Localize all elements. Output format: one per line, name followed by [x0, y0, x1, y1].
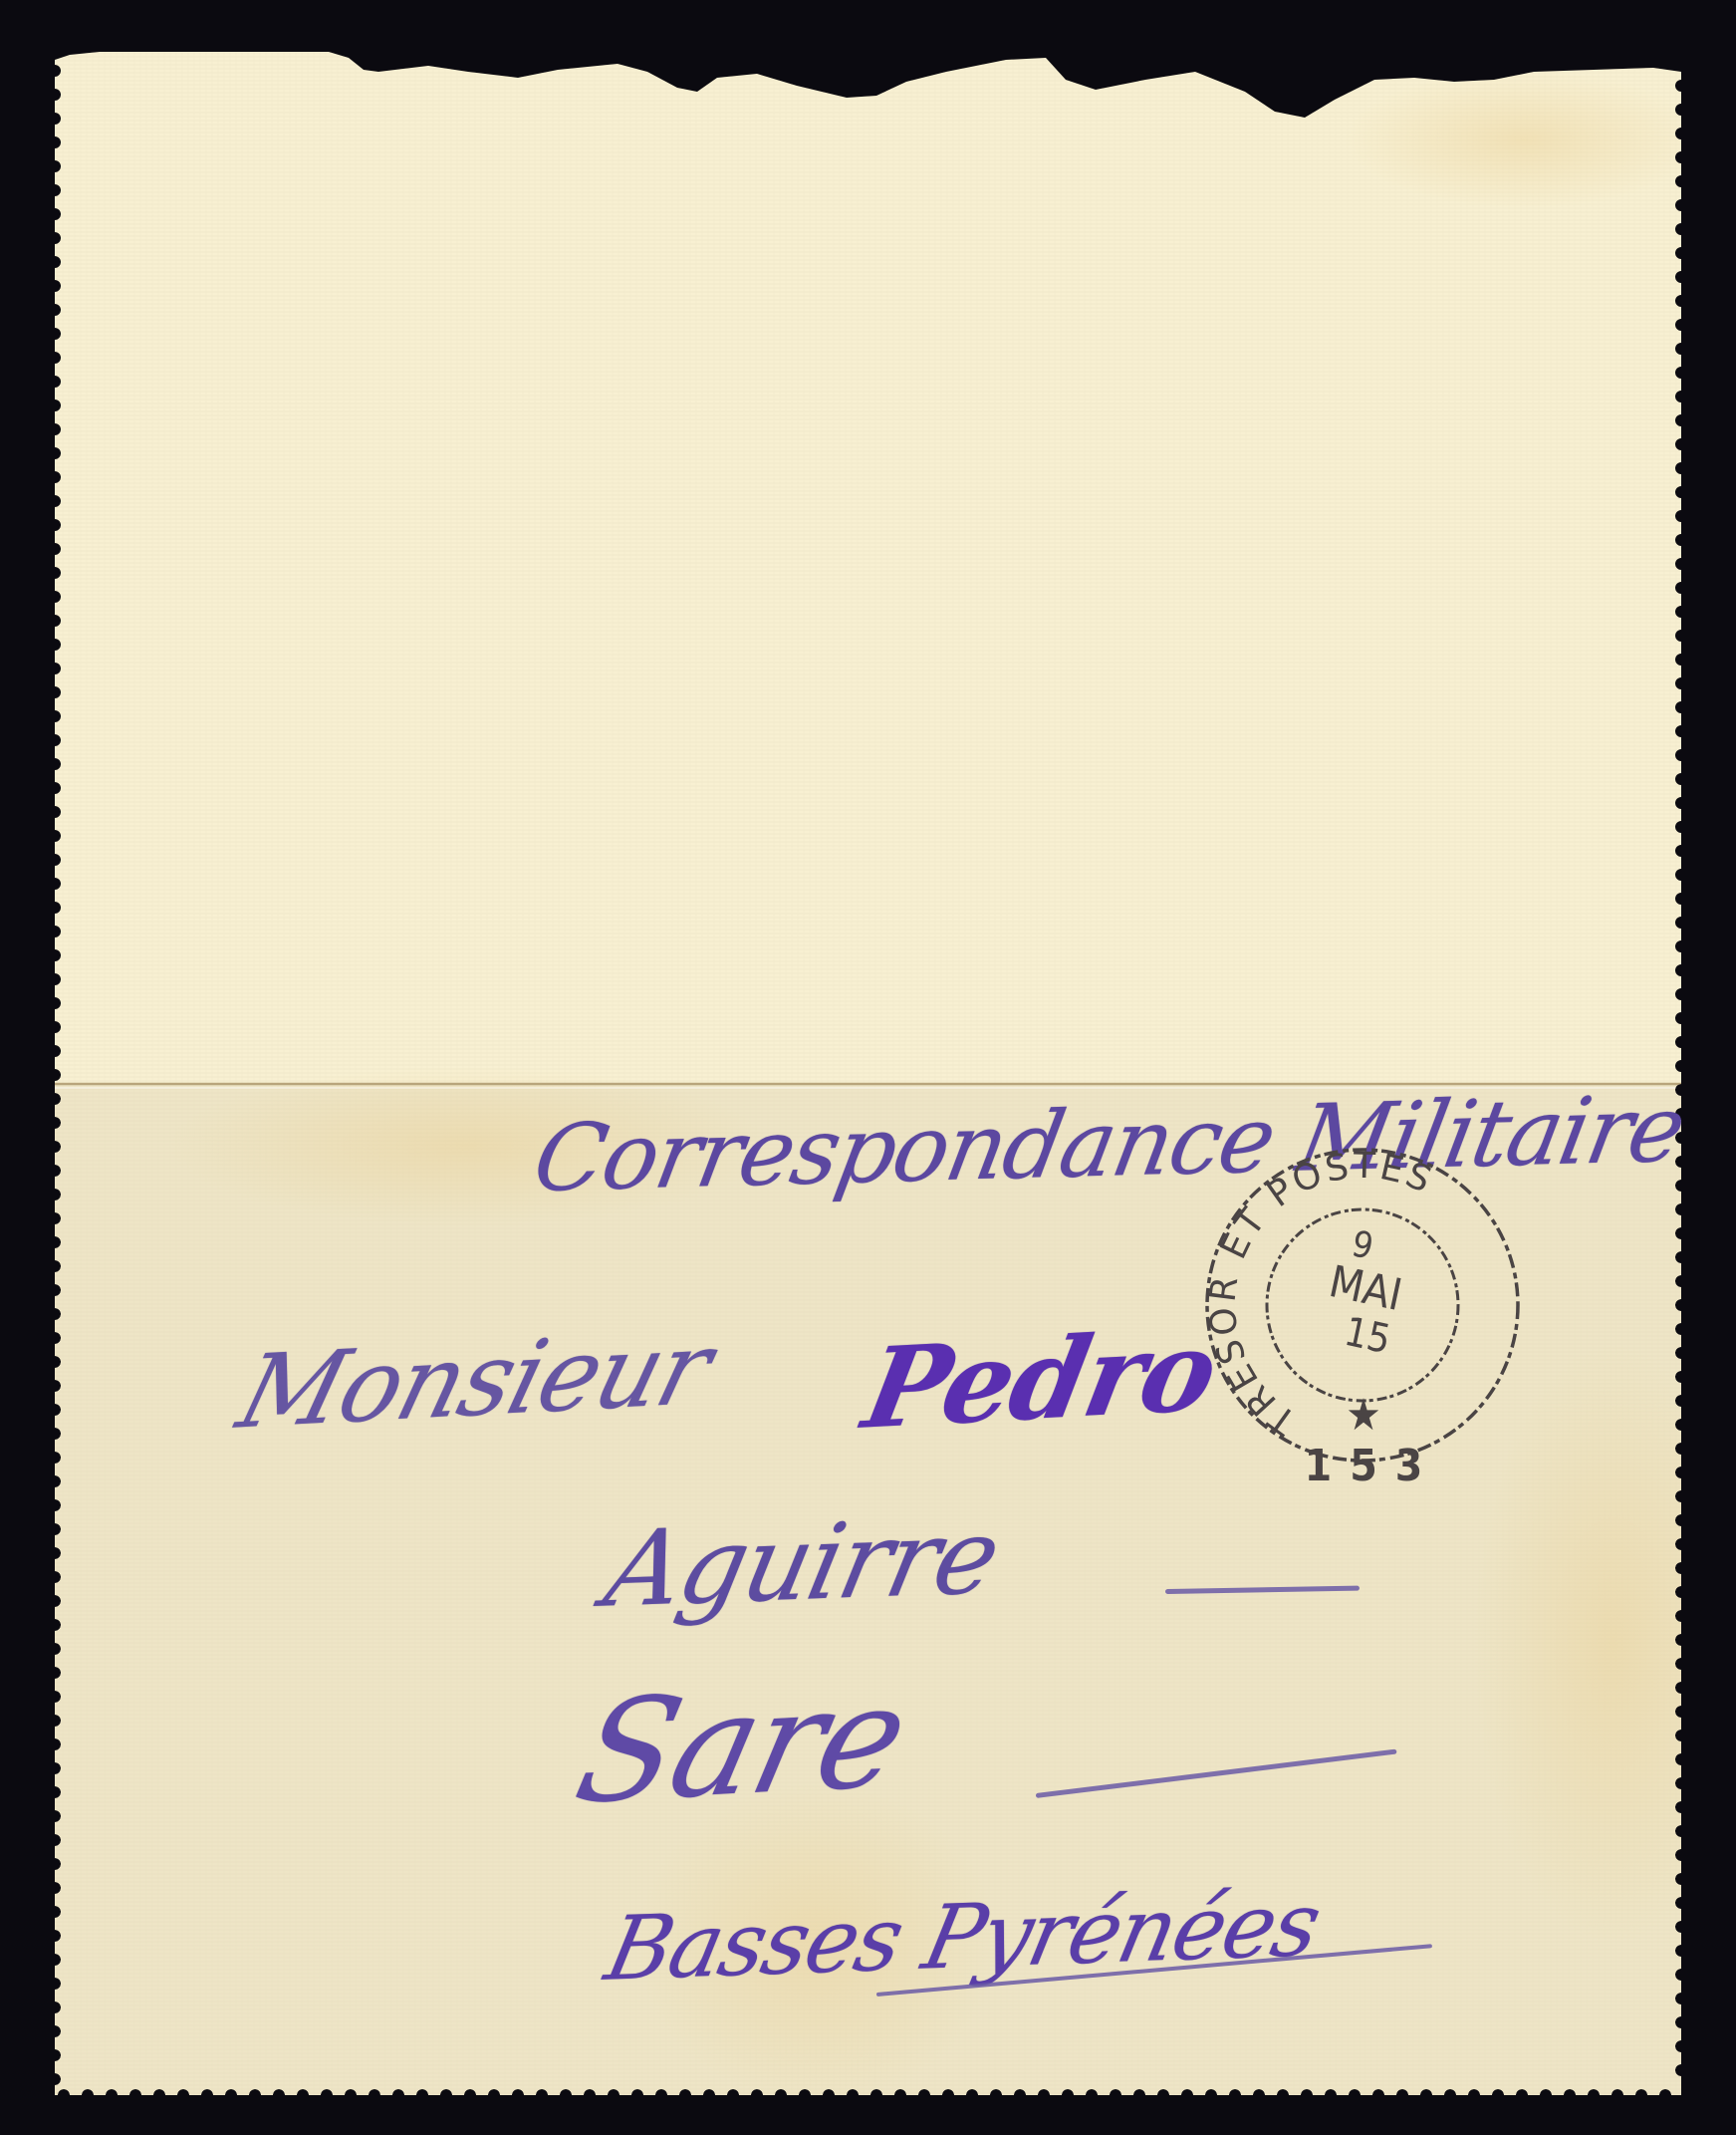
recipient-first-name: Pedro: [855, 1305, 1226, 1454]
postmark-cancel: TRESOR ET POSTES 9 MAI 15 ★ 153: [1203, 1146, 1522, 1465]
postmark-year: 15: [1339, 1308, 1396, 1363]
postmark-sector-number: ★ 153: [1293, 1390, 1452, 1491]
recipient-last-name: Aguirre: [596, 1494, 1009, 1631]
recipient-town: Sare: [563, 1655, 920, 1836]
